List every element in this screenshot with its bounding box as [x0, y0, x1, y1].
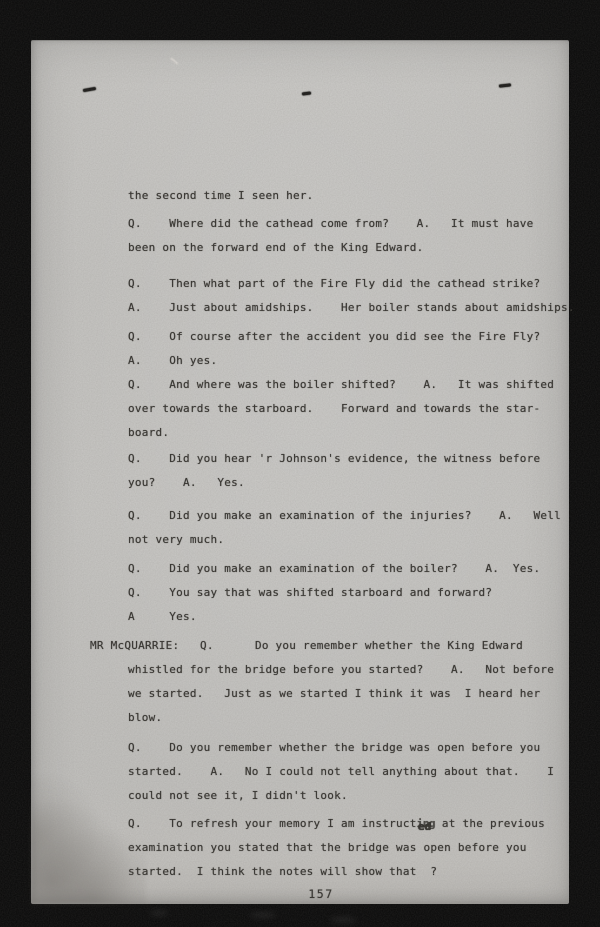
transcript-line: started. I think the notes will show tha… — [90, 860, 552, 884]
transcript-line: Q. Did you make an examination of the in… — [90, 504, 552, 528]
paragraph: Q. Did you hear 'r Johnson's evidence, t… — [90, 447, 552, 495]
pen-dash-mark — [499, 83, 511, 87]
paragraph: Q. Then what part of the Fire Fly did th… — [90, 272, 552, 320]
transcript-line: the second time I seen her. — [90, 184, 552, 208]
transcript-text: the second time I seen her. Q. Where did… — [90, 184, 552, 906]
document-page: the second time I seen her. Q. Where did… — [31, 40, 569, 904]
transcript-line: A. Just about amidships. Her boiler stan… — [90, 296, 552, 320]
transcript-line: A. Oh yes. — [90, 349, 552, 373]
transcript-line: Q. And where was the boiler shifted? A. … — [90, 373, 552, 397]
paragraph: Q. Do you remember whether the bridge wa… — [90, 736, 552, 808]
transcript-line: Q. Did you hear 'r Johnson's evidence, t… — [90, 447, 552, 471]
paragraph: Q. Did you make an examination of the bo… — [90, 557, 552, 629]
scratch-mark — [165, 57, 179, 71]
transcript-line: whistled for the bridge before you start… — [90, 658, 552, 682]
transcript-line: Q. You say that was shifted starboard an… — [90, 581, 552, 605]
transcript-line: examination you stated that the bridge w… — [90, 836, 552, 860]
film-smudge — [150, 910, 168, 916]
film-smudge — [250, 912, 276, 918]
transcript-line: started. A. No I could not tell anything… — [90, 760, 552, 784]
paragraph: the second time I seen her. — [90, 184, 552, 208]
transcript-line: not very much. — [90, 528, 552, 552]
transcript-line: Q. Do you remember whether the bridge wa… — [90, 736, 552, 760]
line-segment: at the previous — [435, 817, 545, 830]
line-segment: Q. To refresh your memory I am instruct — [128, 817, 417, 830]
overstruck-text: inged — [417, 812, 435, 836]
transcript-line: A Yes. — [90, 605, 552, 629]
transcript-line-overstruck: Q. To refresh your memory I am instructi… — [90, 812, 552, 836]
paragraph: MR McQUARRIE: Q. Do you remember whether… — [90, 634, 552, 730]
paragraph: Q. To refresh your memory I am instructi… — [90, 812, 552, 884]
microfilm-frame: the second time I seen her. Q. Where did… — [0, 0, 600, 927]
overstruck-over: ed — [418, 815, 431, 839]
transcript-line: Q. Did you make an examination of the bo… — [90, 557, 552, 581]
transcript-line-speaker: MR McQUARRIE: Q. Do you remember whether… — [90, 634, 552, 658]
paragraph: Q. Where did the cathead come from? A. I… — [90, 212, 552, 260]
page-number: 157 — [90, 882, 552, 906]
film-smudge — [330, 917, 356, 923]
transcript-line: Q. Where did the cathead come from? A. I… — [90, 212, 552, 236]
transcript-line: Q. Of course after the accident you did … — [90, 325, 552, 349]
transcript-line: you? A. Yes. — [90, 471, 552, 495]
pen-dash-mark — [83, 87, 96, 92]
transcript-line: been on the forward end of the King Edwa… — [90, 236, 552, 260]
transcript-line: could not see it, I didn't look. — [90, 784, 552, 808]
paragraph: Q. Did you make an examination of the in… — [90, 504, 552, 552]
pen-dash-mark — [302, 91, 311, 95]
transcript-line: we started. Just as we started I think i… — [90, 682, 552, 706]
transcript-line: board. — [90, 421, 552, 445]
transcript-line: over towards the starboard. Forward and … — [90, 397, 552, 421]
paragraph: Q. Of course after the accident you did … — [90, 325, 552, 445]
transcript-line: blow. — [90, 706, 552, 730]
transcript-line: Q. Then what part of the Fire Fly did th… — [90, 272, 552, 296]
